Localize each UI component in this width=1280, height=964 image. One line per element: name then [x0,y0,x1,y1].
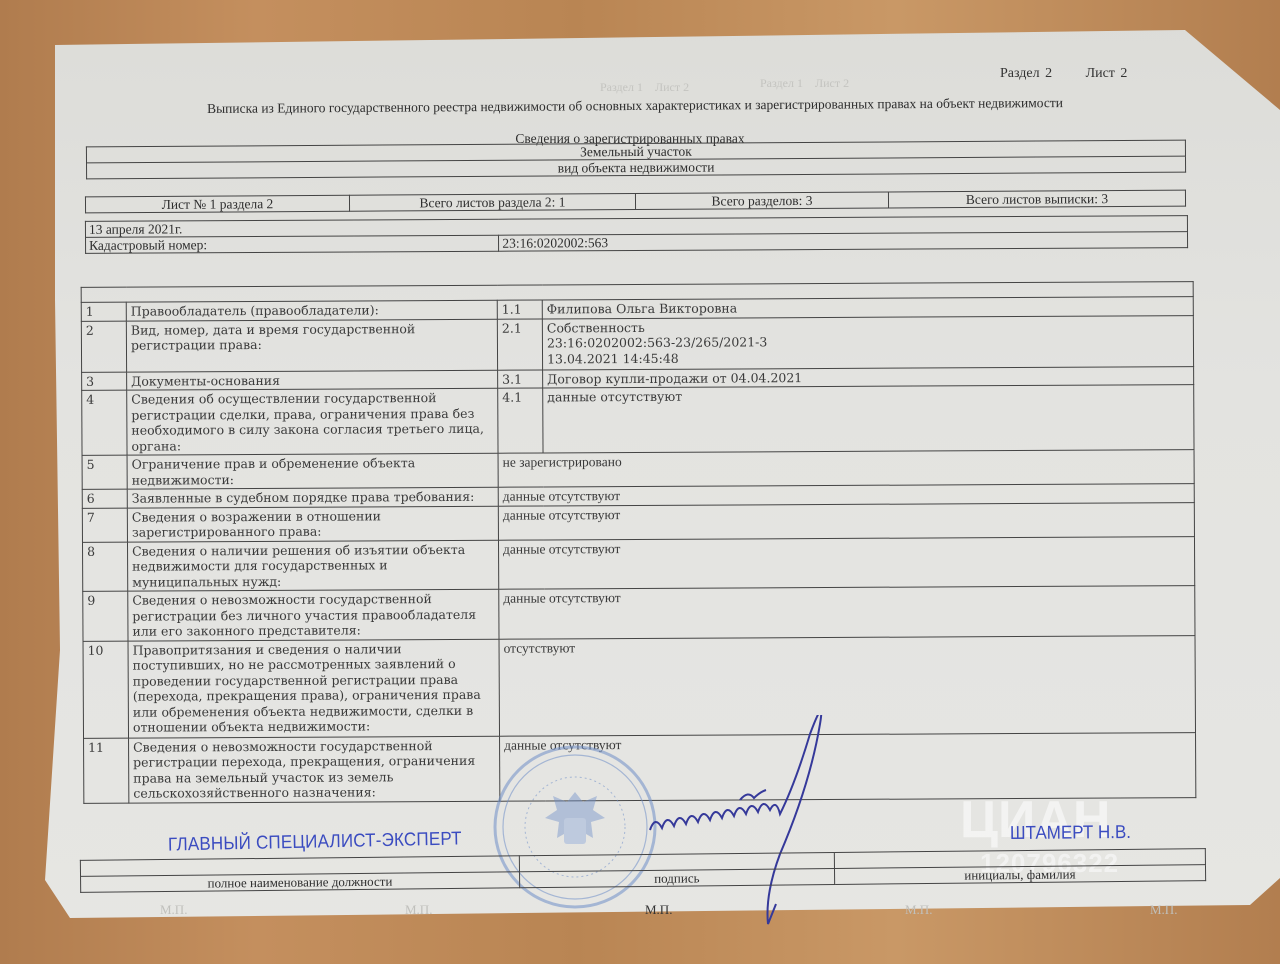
seal-place-label: М.П. [160,902,187,918]
row-number: 7 [82,508,127,542]
handwritten-signature [640,715,880,935]
row-subnumber: 3.1 [498,369,543,388]
row-label: Вид, номер, дата и время государственной… [126,319,497,372]
row-label: Заявленные в судебном порядке права треб… [127,487,498,507]
row-number: 9 [83,591,128,641]
row-label: Правопритязания и сведения о наличии пос… [128,639,500,738]
row-number: 2 [81,321,126,372]
table-row: 8 Сведения о наличии решения об изъятии … [82,536,1194,591]
registration-datetime: 13.04.2021 14:45:48 [547,348,1189,367]
name-caption: инициалы, фамилия [834,865,1205,885]
seal-place-label: М.П. [1150,902,1177,918]
cadastral-number: 23:16:0202002:563 [499,232,1188,252]
row-number: 4 [82,390,127,455]
ghost-header-text: Раздел 1 Лист 2 [600,80,689,95]
row-value: Собственность 23:16:0202002:563-23/265/2… [542,315,1193,369]
page-header: Раздел 2 Лист 2 [1000,66,1155,82]
table-row: 5 Ограничение прав и обременение объекта… [82,450,1194,490]
seal-place-label: М.П. [905,902,932,918]
row-number: 3 [82,372,127,391]
date-cadastral-table: 13 апреля 2021г. Кадастровый номер: 23:1… [85,215,1188,254]
row-value: данные отсутствуют [543,385,1194,453]
row-number: 5 [82,455,127,489]
row-number: 11 [84,738,129,803]
name-stamp: ШТАМЕРТ Н.В. [1010,821,1131,844]
table-row: 2 Вид, номер, дата и время государственн… [81,315,1193,372]
seal-place-label: М.П. [405,902,432,918]
object-type-table: Земельный участок вид объекта недвижимос… [86,140,1186,180]
sheet-of-section: Лист № 1 раздела 2 [85,195,349,213]
sheet-number: Лист 2 [1086,66,1128,81]
row-label: Сведения о невозможности государственной… [129,736,500,803]
row-number: 6 [82,489,127,508]
row-value: не зарегистрировано [498,450,1194,488]
row-subnumber: 2.1 [497,319,542,370]
row-number: 10 [83,641,129,738]
row-label: Ограничение прав и обременение объекта н… [127,453,498,489]
table-row: 4 Сведения об осуществлении государствен… [82,385,1194,456]
row-label: Сведения о возражении в отношении зареги… [127,506,498,542]
table-row: 9 Сведения о невозможности государственн… [83,586,1195,641]
row-label: Документы-основания [127,370,498,390]
row-value: данные отсутствуют [499,586,1195,639]
section-number: Раздел 2 [1000,66,1052,81]
row-label: Сведения о наличии решения об изъятии об… [127,540,498,591]
total-sections: Всего разделов: 3 [635,192,888,210]
total-extract-sheets: Всего листов выписки: 3 [888,190,1185,208]
ghost-header-text-2: Раздел 1 Лист 2 [760,76,849,91]
row-subnumber: 4.1 [498,388,543,453]
total-section-sheets: Всего листов раздела 2: 1 [349,194,635,212]
row-label: Правообладатель (правообладатели): [126,300,497,320]
row-value: данные отсутствуют [498,502,1194,540]
row-number: 8 [82,542,127,592]
table-row: 7 Сведения о возражении в отношении заре… [82,502,1194,542]
row-number: 1 [81,302,126,321]
row-value: данные отсутствуют [498,536,1194,589]
row-label: Сведения о невозможности государственной… [128,589,499,640]
signature-caption: подпись [519,868,834,887]
rights-table: 1 Правообладатель (правообладатели): 1.1… [81,281,1197,803]
cadastral-label: Кадастровый номер: [86,235,499,253]
row-label: Сведения об осуществлении государственно… [127,388,498,455]
row-subnumber: 1.1 [497,300,542,319]
seal-place-label: М.П. [645,902,672,918]
